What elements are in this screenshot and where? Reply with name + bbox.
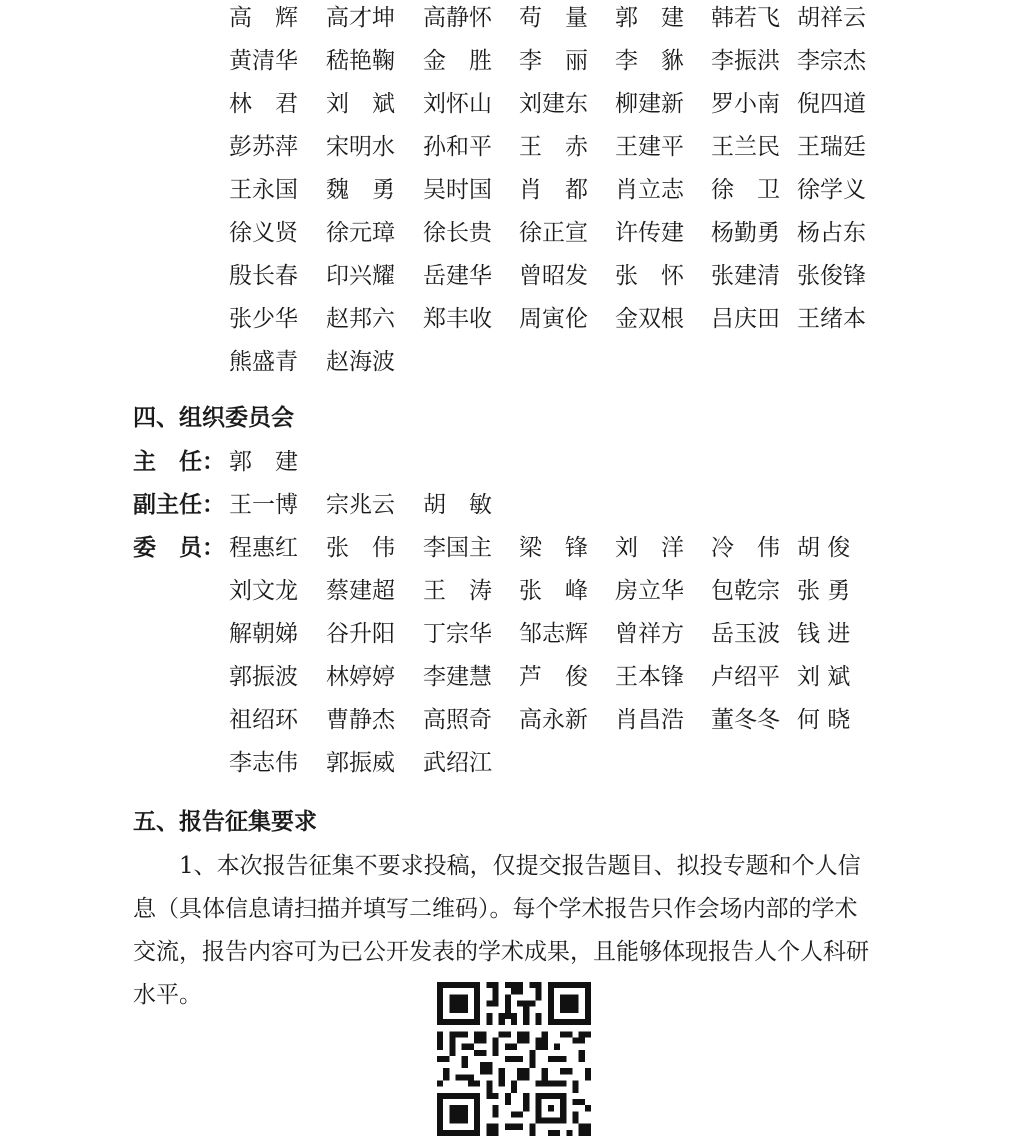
- person-name: 王永国: [229, 169, 298, 212]
- person-name: 刘文龙: [229, 570, 298, 613]
- person-name: 张建清: [711, 255, 780, 298]
- person-name: 高静怀: [423, 0, 492, 40]
- person-name: 郭振威: [326, 742, 395, 785]
- person-name: 刘怀山: [423, 83, 492, 126]
- person-name: 董冬冬: [711, 699, 780, 742]
- person-name: 赵海波: [326, 341, 395, 384]
- director-label: 主 任：: [133, 441, 225, 484]
- person-name: 宋明水: [326, 126, 395, 169]
- person-name: 李振洪: [711, 40, 780, 83]
- person-name: 李宗杰: [797, 40, 866, 83]
- person-name: 包乾宗: [711, 570, 780, 613]
- person-name: 肖昌浩: [615, 699, 684, 742]
- person-name: 张俊锋: [797, 255, 866, 298]
- person-name: 吕庆田: [711, 298, 780, 341]
- person-name: 徐义贤: [229, 212, 298, 255]
- name-row: 刘文龙蔡建超王 涛张 峰房立华包乾宗张 勇: [0, 570, 1024, 613]
- person-name: 高 辉: [229, 0, 298, 40]
- name-row: 林 君刘 斌刘怀山刘建东柳建新罗小南倪四道: [0, 83, 1024, 126]
- person-name: 杨占东: [797, 212, 866, 255]
- person-name: 王建平: [615, 126, 684, 169]
- person-name: 罗小南: [711, 83, 780, 126]
- person-name: 卢绍平: [711, 656, 780, 699]
- person-name: 胡 俊: [797, 527, 850, 570]
- person-name: 解朝娣: [229, 613, 298, 656]
- section-heading: 四、组织委员会: [133, 397, 294, 440]
- name-row: 郭振波林婷婷李建慧芦 俊王本锋卢绍平刘 斌: [0, 656, 1024, 699]
- name-row: 彭苏萍宋明水孙和平王 赤王建平王兰民王瑞廷: [0, 126, 1024, 169]
- person-name: 蔡建超: [326, 570, 395, 613]
- person-name: 李 丽: [519, 40, 588, 83]
- person-name: 许传建: [615, 212, 684, 255]
- name-row: 祖绍环曹静杰高照奇高永新肖昌浩董冬冬何 晓: [0, 699, 1024, 742]
- person-name: 房立华: [615, 570, 684, 613]
- person-name: 高照奇: [423, 699, 492, 742]
- person-name: 张 峰: [519, 570, 588, 613]
- person-name: 胡 敏: [423, 484, 492, 527]
- person-name: 刘 洋: [615, 527, 684, 570]
- person-name: 徐长贵: [423, 212, 492, 255]
- person-name: 丁宗华: [423, 613, 492, 656]
- person-name: 郑丰收: [423, 298, 492, 341]
- person-name: 王 赤: [519, 126, 588, 169]
- director-name: 郭 建: [229, 441, 298, 484]
- person-name: 李 貅: [615, 40, 684, 83]
- person-name: 张 勇: [797, 570, 850, 613]
- person-name: 孙和平: [423, 126, 492, 169]
- person-name: 刘 斌: [326, 83, 395, 126]
- person-name: 徐学义: [797, 169, 866, 212]
- name-row: 张少华赵邦六郑丰收周寅伦金双根吕庆田王绪本: [0, 298, 1024, 341]
- name-row: 黄清华嵇艳鞠金 胜李 丽李 貅李振洪李宗杰: [0, 40, 1024, 83]
- qr-code-icon[interactable]: [437, 982, 591, 1136]
- person-name: 邹志辉: [519, 613, 588, 656]
- person-name: 王兰民: [711, 126, 780, 169]
- person-name: 林婷婷: [326, 656, 395, 699]
- person-name: 刘 斌: [797, 656, 850, 699]
- name-row: 王永国魏 勇吴时国肖 都肖立志徐 卫徐学义: [0, 169, 1024, 212]
- person-name: 彭苏萍: [229, 126, 298, 169]
- person-name: 武绍江: [423, 742, 492, 785]
- person-name: 高永新: [519, 699, 588, 742]
- person-name: 曾昭发: [519, 255, 588, 298]
- paragraph-line: 息（具体信息请扫描并填写二维码）。每个学术报告只作会场内部的学术: [133, 888, 895, 931]
- person-name: 郭振波: [229, 656, 298, 699]
- person-name: 吴时国: [423, 169, 492, 212]
- name-row: 徐义贤徐元璋徐长贵徐正宣许传建杨勤勇杨占东: [0, 212, 1024, 255]
- person-name: 王 涛: [423, 570, 492, 613]
- person-name: 嵇艳鞠: [326, 40, 395, 83]
- person-name: 曹静杰: [326, 699, 395, 742]
- person-name: 曾祥方: [615, 613, 684, 656]
- person-name: 张少华: [229, 298, 298, 341]
- name-row: 李志伟郭振威武绍江: [0, 742, 1024, 785]
- person-name: 芦 俊: [519, 656, 588, 699]
- person-name: 冷 伟: [711, 527, 780, 570]
- person-name: 王一博: [229, 484, 298, 527]
- person-name: 徐元璋: [326, 212, 395, 255]
- person-name: 王瑞廷: [797, 126, 866, 169]
- person-name: 梁 锋: [519, 527, 588, 570]
- person-name: 周寅伦: [519, 298, 588, 341]
- person-name: 何 晓: [797, 699, 850, 742]
- person-name: 殷长春: [229, 255, 298, 298]
- person-name: 胡祥云: [797, 0, 866, 40]
- paragraph-line: 1、本次报告征集不要求投稿，仅提交报告题目、拟投专题和个人信: [133, 845, 895, 888]
- person-name: 熊盛青: [229, 341, 298, 384]
- person-name: 钱 进: [797, 613, 850, 656]
- person-name: 林 君: [229, 83, 298, 126]
- name-row: 程惠红张 伟李国主梁 锋刘 洋冷 伟胡 俊: [0, 527, 1024, 570]
- person-name: 魏 勇: [326, 169, 395, 212]
- person-name: 岳玉波: [711, 613, 780, 656]
- person-name: 程惠红: [229, 527, 298, 570]
- person-name: 谷升阳: [326, 613, 395, 656]
- person-name: 徐正宣: [519, 212, 588, 255]
- person-name: 印兴耀: [326, 255, 395, 298]
- name-row: 王一博宗兆云胡 敏: [0, 484, 1024, 527]
- person-name: 金双根: [615, 298, 684, 341]
- person-name: 张 伟: [326, 527, 395, 570]
- paragraph-line: 交流，报告内容可为已公开发表的学术成果，且能够体现报告人个人科研: [133, 931, 895, 974]
- person-name: 李志伟: [229, 742, 298, 785]
- person-name: 宗兆云: [326, 484, 395, 527]
- person-name: 韩若飞: [711, 0, 780, 40]
- person-name: 肖立志: [615, 169, 684, 212]
- person-name: 赵邦六: [326, 298, 395, 341]
- person-name: 倪四道: [797, 83, 866, 126]
- person-name: 苟 量: [519, 0, 588, 40]
- section-heading: 五、报告征集要求: [133, 801, 317, 844]
- person-name: 郭 建: [615, 0, 684, 40]
- person-name: 肖 都: [519, 169, 588, 212]
- person-name: 金 胜: [423, 40, 492, 83]
- name-row: 解朝娣谷升阳丁宗华邹志辉曾祥方岳玉波钱 进: [0, 613, 1024, 656]
- name-row: 熊盛青赵海波: [0, 341, 1024, 384]
- person-name: 高才坤: [326, 0, 395, 40]
- person-name: 杨勤勇: [711, 212, 780, 255]
- person-name: 柳建新: [615, 83, 684, 126]
- person-name: 李国主: [423, 527, 492, 570]
- person-name: 徐 卫: [711, 169, 780, 212]
- person-name: 张 怀: [615, 255, 684, 298]
- person-name: 王绪本: [797, 298, 866, 341]
- person-name: 李建慧: [423, 656, 492, 699]
- person-name: 刘建东: [519, 83, 588, 126]
- person-name: 黄清华: [229, 40, 298, 83]
- person-name: 岳建华: [423, 255, 492, 298]
- name-row: 高 辉高才坤高静怀苟 量郭 建韩若飞胡祥云: [0, 0, 1024, 40]
- person-name: 王本锋: [615, 656, 684, 699]
- person-name: 祖绍环: [229, 699, 298, 742]
- name-row: 殷长春印兴耀岳建华曾昭发张 怀张建清张俊锋: [0, 255, 1024, 298]
